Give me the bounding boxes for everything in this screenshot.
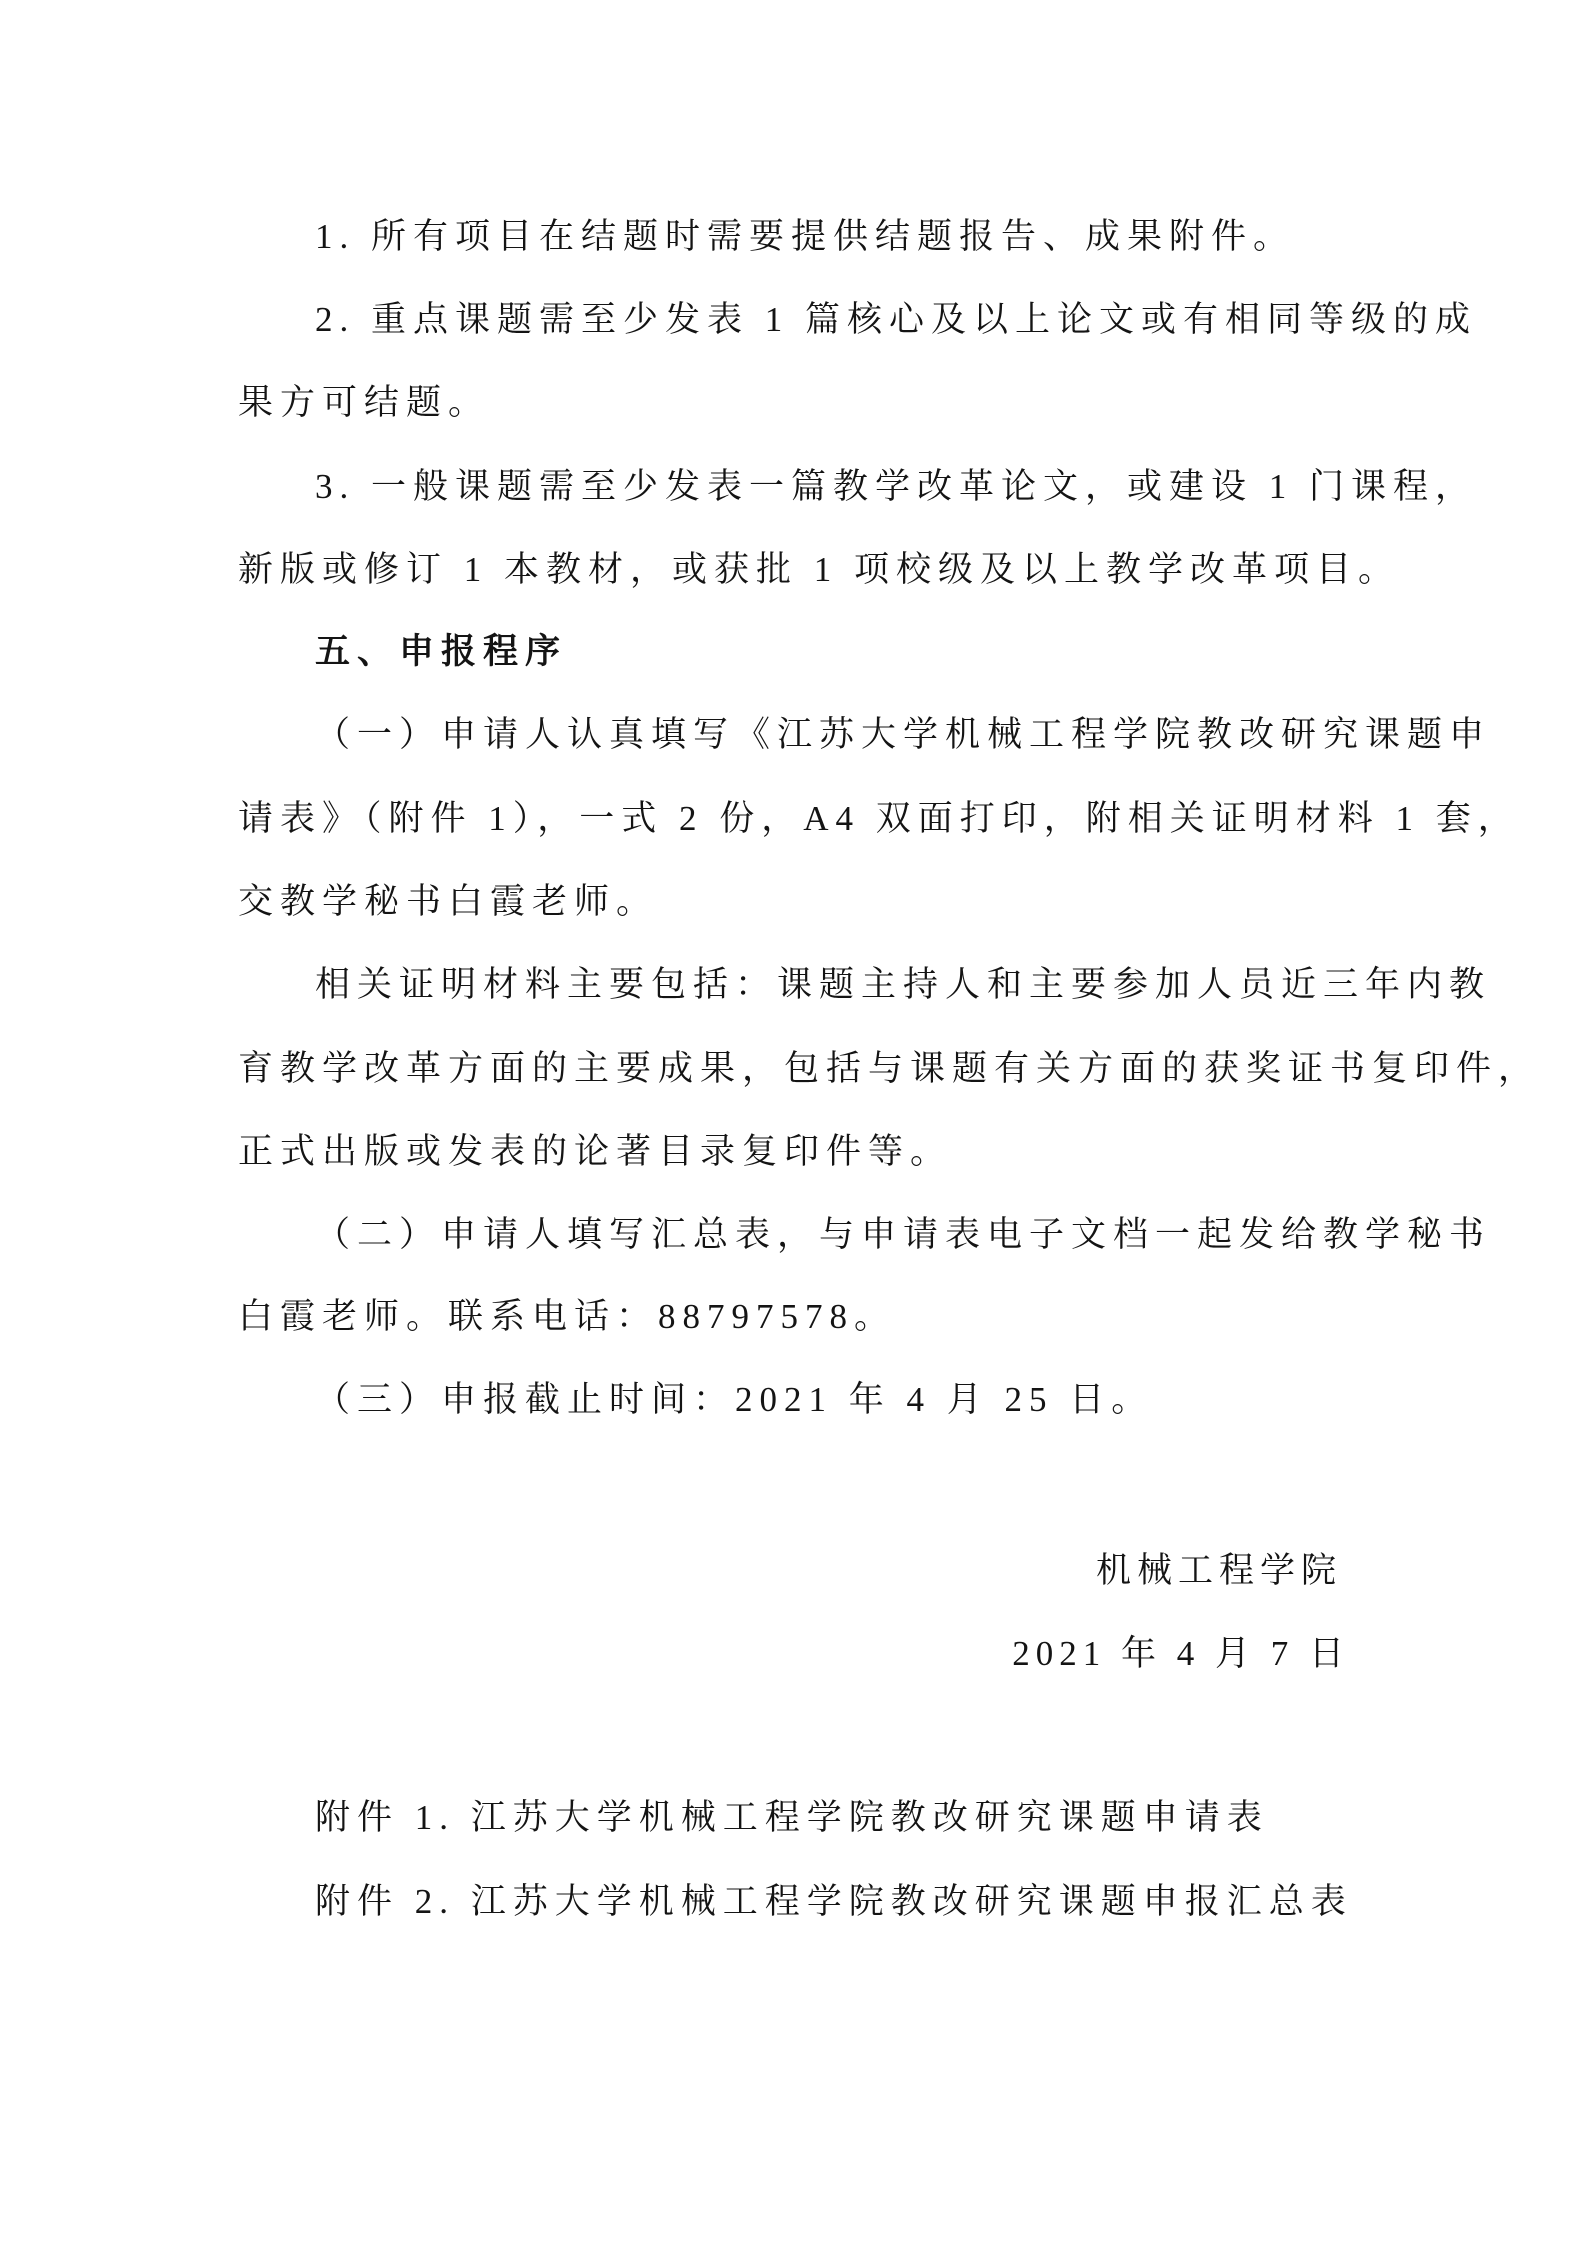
supporting-materials-line-1: 相关证明材料主要包括：课题主持人和主要参加人员近三年内教 bbox=[315, 965, 1491, 1005]
attachment-1: 附件 1. 江苏大学机械工程学院教改研究课题申请表 bbox=[315, 1798, 1269, 1838]
supporting-materials-line-2: 育教学改革方面的主要成果，包括与课题有关方面的获奖证书复印件， bbox=[238, 1049, 1540, 1089]
procedure-item-1-line-2: 请表》（附件 1），一式 2 份，A4 双面打印，附相关证明材料 1 套， bbox=[238, 799, 1520, 839]
numbered-item-2-line-1: 2. 重点课题需至少发表 1 篇核心及以上论文或有相同等级的成 bbox=[315, 300, 1477, 340]
procedure-item-2-line-1: （二）申请人填写汇总表，与申请表电子文档一起发给教学秘书 bbox=[315, 1215, 1491, 1255]
section-heading-application-procedure: 五、申报程序 bbox=[315, 632, 567, 672]
numbered-item-1: 1. 所有项目在结题时需要提供结题报告、成果附件。 bbox=[315, 217, 1295, 257]
procedure-item-1-line-3: 交教学秘书白霞老师。 bbox=[238, 882, 658, 922]
numbered-item-2-line-2: 果方可结题。 bbox=[238, 383, 490, 423]
signature-organization: 机械工程学院 bbox=[1096, 1551, 1342, 1591]
document-page: 1. 所有项目在结题时需要提供结题报告、成果附件。 2. 重点课题需至少发表 1… bbox=[0, 0, 1587, 2245]
numbered-item-3-line-2: 新版或修订 1 本教材，或获批 1 项校级及以上教学改革项目。 bbox=[238, 550, 1400, 590]
procedure-item-3-deadline: （三）申报截止时间：2021 年 4 月 25 日。 bbox=[315, 1380, 1153, 1420]
procedure-item-1-line-1: （一）申请人认真填写《江苏大学机械工程学院教改研究课题申 bbox=[315, 715, 1491, 755]
procedure-item-2-line-2: 白霞老师。联系电话：88797578。 bbox=[238, 1297, 896, 1337]
numbered-item-3-line-1: 3. 一般课题需至少发表一篇教学改革论文，或建设 1 门课程， bbox=[315, 467, 1477, 507]
signature-date: 2021 年 4 月 7 日 bbox=[1012, 1634, 1350, 1674]
attachment-2: 附件 2. 江苏大学机械工程学院教改研究课题申报汇总表 bbox=[315, 1882, 1353, 1922]
supporting-materials-line-3: 正式出版或发表的论著目录复印件等。 bbox=[238, 1132, 952, 1172]
